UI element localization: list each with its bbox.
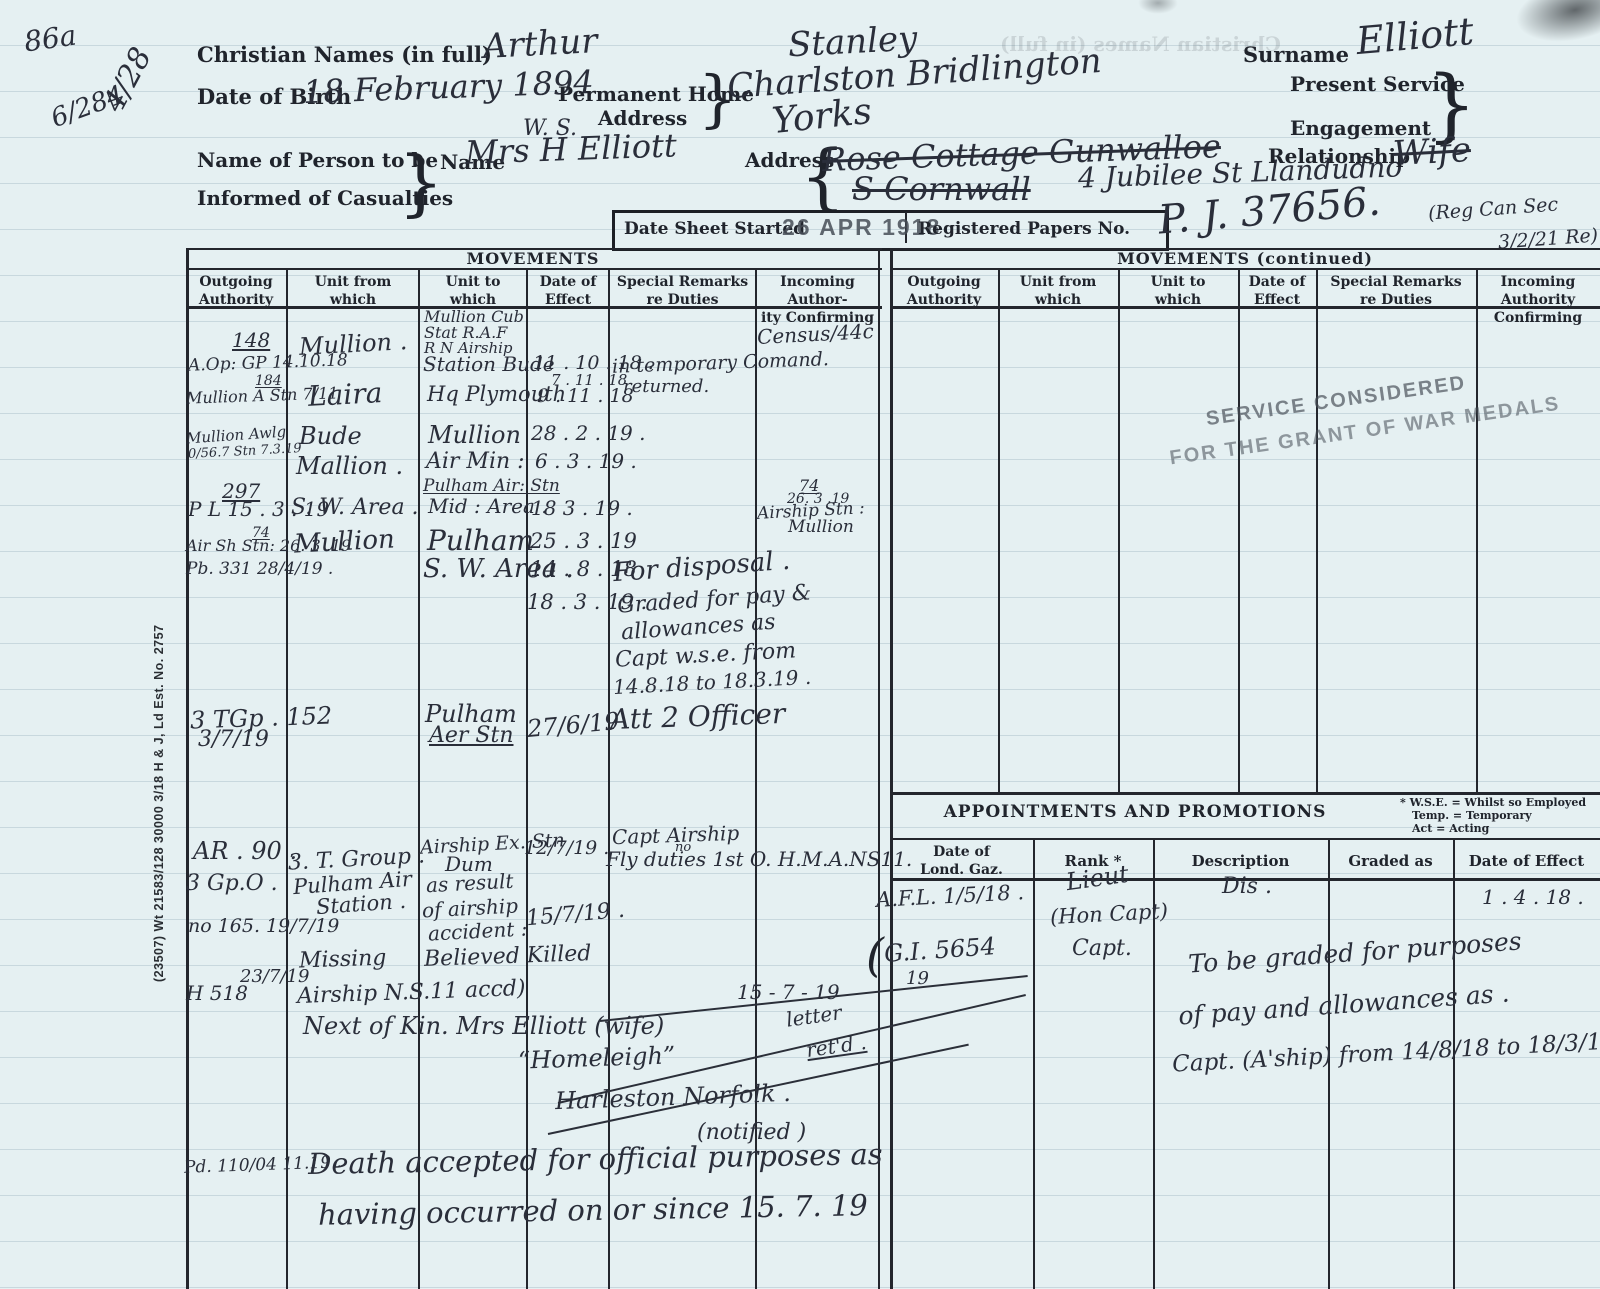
entry-incoming-mullion: Mullion <box>788 517 854 537</box>
legend-wse: * W.S.E. = Whilst so Employed <box>1400 796 1586 809</box>
grid-line <box>418 268 420 1289</box>
movements-continued-title: MOVEMENTS (continued) <box>890 249 1600 268</box>
col-label-line: Incoming Author- <box>757 273 878 309</box>
col-label-line: Effect <box>1238 291 1316 309</box>
grid-line <box>890 792 1600 795</box>
col-label-line: which <box>288 291 418 309</box>
nok-address-struck-2: S Cornwall <box>852 170 1031 208</box>
margin-note-86a: 86a <box>22 19 78 59</box>
entry-date-27-6-19: 27/6/19 <box>526 707 621 743</box>
grid-line <box>1476 268 1478 792</box>
entry-outgoing-ar90: AR . 90 . <box>193 837 297 865</box>
entry-letter-returned: ret'd . <box>805 1030 868 1062</box>
scan-blotch <box>1510 0 1600 52</box>
appt-date-of-effect-1: 1 . 4 . 18 . <box>1482 885 1584 909</box>
entry-outgoing-148: 148 <box>232 328 270 352</box>
legend-act: Act = Acting <box>1412 822 1489 835</box>
grid-line <box>186 268 882 270</box>
col-special-remarks-cont: Special Remarks re Duties <box>1316 273 1476 309</box>
col-special-remarks: Special Remarks re Duties <box>610 273 755 309</box>
col-label-line: Special Remarks <box>1316 273 1476 291</box>
grid-line <box>1118 268 1120 792</box>
appt-description-graded-3: Capt. (A'ship) from 14/8/18 to 18/3/19 <box>1172 1028 1600 1077</box>
entry-unit-to-mullion2: Mullion <box>428 421 521 449</box>
col-unit-to-cont: Unit to which <box>1118 273 1238 309</box>
col-date-effect: Date of Effect <box>528 273 608 309</box>
appt-gazette-2-brace: ( <box>866 928 884 982</box>
entry-unit-from-mullion4: Mullion <box>293 524 395 559</box>
col-outgoing-authority-cont: Outgoing Authority <box>890 273 998 309</box>
grid-line <box>890 838 1600 840</box>
printer-imprint: (23507) Wt 21583/128 30000 3/18 H & J, L… <box>152 624 166 982</box>
col-date-effect-cont: Date of Effect <box>1238 273 1316 309</box>
entry-remark-fly-duties: Fly duties 1st O. H.M.A.NS11. <box>606 847 912 871</box>
entry-date-9-11-18: 9 . 11 . 18 <box>537 385 634 407</box>
grid-line <box>1453 838 1455 1289</box>
col-description: Description <box>1153 852 1328 872</box>
appointments-title: APPOINTMENTS AND PROMOTIONS <box>890 802 1380 822</box>
surname-value: Elliott <box>1354 9 1475 63</box>
entry-outgoing-3gpo: 3 Gp.O . <box>186 871 278 896</box>
col-label-line: Date of <box>890 843 1033 861</box>
col-label-line: Unit to <box>1118 273 1238 291</box>
col-unit-to: Unit to which <box>420 273 526 309</box>
entry-outgoing-no165: no 165. 19/7/19 <box>188 915 339 937</box>
scan-blotch-small <box>1138 0 1178 14</box>
col-incoming-authority-cont: Incoming Authority Confirming <box>1476 273 1600 328</box>
col-graded-as: Graded as <box>1328 852 1453 872</box>
col-unit-from: Unit from which <box>288 273 418 309</box>
entry-outgoing-pb331: Pb. 331 28/4/19 . <box>186 559 333 579</box>
entry-airship-ns11-accident: Airship N.S.11 accd) <box>297 976 526 1009</box>
entry-unit-from-bude: Bude <box>299 422 362 450</box>
col-label-line: re Duties <box>610 291 755 309</box>
entry-date-18-3-19: 18 3 . 19 . <box>531 496 633 520</box>
dob-value: 18 February 1894 <box>302 63 594 111</box>
col-date-of-effect: Date of Effect <box>1453 852 1600 872</box>
grid-line <box>890 248 893 1289</box>
entry-unit-from-laira: Laira <box>307 376 383 413</box>
entry-unit-to-mid-area: Mid : Area . <box>428 494 548 518</box>
entry-outgoing-3-7-19: 3/7/19 <box>198 727 269 752</box>
col-label-line: Outgoing <box>890 273 998 291</box>
entry-next-of-kin-line: Next of Kin. Mrs Elliott (wife) <box>303 1012 664 1040</box>
entry-date-25-3-19: 25 . 3 . 19 <box>530 529 637 553</box>
entry-date-15-7-19: 15/7/19 . <box>525 898 626 932</box>
margin-note-4-28: 4/28 <box>97 42 160 118</box>
appt-description-graded-2: of pay and allowances as . <box>1177 978 1510 1030</box>
entry-unit-to-pulham-air-stn: Pulham Air: Stn <box>423 476 560 496</box>
col-label-line: re Duties <box>1316 291 1476 309</box>
appt-gazette-2: G.I. 5654 <box>883 932 996 968</box>
col-label-line: which <box>1118 291 1238 309</box>
appt-description-graded-1: To be graded for purposes <box>1187 926 1522 978</box>
col-label-line: Effect <box>528 291 608 309</box>
surname-label: Surname <box>1243 42 1349 67</box>
col-label-line: Outgoing <box>186 273 286 291</box>
grid-line <box>1033 838 1035 1289</box>
entry-remark-returned: returned. <box>623 376 709 397</box>
entry-remark-disposal: For disposal . <box>612 546 791 588</box>
col-label-line: Authority <box>890 291 998 309</box>
col-label-line: which <box>998 291 1118 309</box>
entry-unit-from-missing: Missing <box>299 945 387 973</box>
service-record-sheet: 86a 6/284 4/28 (23507) Wt 21583/128 3000… <box>0 0 1600 1289</box>
col-label-line: Lond. Gaz. <box>890 861 1033 879</box>
entry-outgoing-aop: A.Op: GP 14.10.18 <box>188 350 348 376</box>
date-sheet-started-label: Date Sheet Started <box>624 219 805 239</box>
appt-rank-hon-capt: (Hon Capt) <box>1049 899 1168 929</box>
entry-outgoing-h518: H 518 <box>186 981 248 1005</box>
legend-temp: Temp. = Temporary <box>1412 809 1532 822</box>
entry-death-accepted-line2: having occurred on or since 15. 7. 19 <box>318 1188 868 1232</box>
appt-gazette-1: A.F.L. 1/5/18 . <box>875 880 1024 912</box>
nok-name-value: Mrs H Elliott <box>464 126 677 171</box>
grid-line <box>286 268 288 1289</box>
entry-unit-to-pulham2: Pulham <box>427 524 534 557</box>
grid-line <box>890 268 1600 270</box>
entry-date-12-7-19: 12/7/19 . <box>524 837 609 859</box>
col-label-line: Incoming Authority <box>1476 273 1600 309</box>
col-label-line: Unit to <box>420 273 526 291</box>
nok-brace: } <box>398 140 444 224</box>
entry-incoming-census: Census/44c <box>756 319 874 349</box>
entry-letter: letter <box>785 1000 844 1032</box>
relationship-label: Relationship <box>1268 144 1410 168</box>
entry-unit-from-mullion3: Mallion . <box>296 452 403 480</box>
entry-unit-to-accident: accident : <box>427 916 527 945</box>
col-label-line: Date of <box>528 273 608 291</box>
reg-can-note-1: (Reg Can Sec <box>1427 193 1558 224</box>
appt-description-dis: Dis . <box>1222 874 1272 899</box>
relationship-struck: Wife <box>1392 130 1472 174</box>
grid-line <box>878 248 880 1289</box>
col-label-line: Unit from <box>288 273 418 291</box>
registered-papers-label: Registered Papers No. <box>918 219 1130 239</box>
entry-date-28-2-19: 28 . 2 . 19 . <box>531 421 645 445</box>
entry-unit-from-sw-area: S. W. Area . <box>291 495 419 520</box>
appt-rank-capt: Capt. <box>1072 936 1132 961</box>
entry-unit-to-as-result: as result <box>425 869 514 898</box>
grid-line <box>998 268 1000 792</box>
entry-unit-to-believed-killed: Believed Killed <box>424 941 592 972</box>
entry-date-6-3-19: 6 . 3 . 19 . <box>535 449 637 473</box>
entry-death-accepted-line1: Death accepted for official purposes as <box>308 1137 883 1181</box>
entry-unit-to-air-min: Air Min : <box>426 449 525 474</box>
col-date-lond-gaz: Date of Lond. Gaz. <box>890 843 1033 879</box>
col-label-line: Authority <box>186 291 286 309</box>
grid-line <box>1238 268 1240 792</box>
christian-first-name: Arthur <box>482 21 598 67</box>
col-label-line: Confirming <box>1476 309 1600 327</box>
christian-names-label: Christian Names (in full) <box>197 42 492 67</box>
col-label-line: Date of <box>1238 273 1316 291</box>
entry-homeleigh: “Homeleigh” <box>518 1041 676 1074</box>
col-outgoing-authority: Outgoing Authority <box>186 273 286 309</box>
grid-line <box>1316 268 1318 792</box>
movements-title: MOVEMENTS <box>186 249 880 268</box>
appt-gazette-2-year: 19 <box>906 968 929 989</box>
col-label-line: Special Remarks <box>610 273 755 291</box>
entry-remark-att2-officer: Att 2 Officer <box>609 697 785 736</box>
grid-line <box>526 268 528 1289</box>
col-label-line: Unit from <box>998 273 1118 291</box>
entry-unit-to-aer-stn: Aer Stn <box>429 723 514 748</box>
col-unit-from-cont: Unit from which <box>998 273 1118 309</box>
